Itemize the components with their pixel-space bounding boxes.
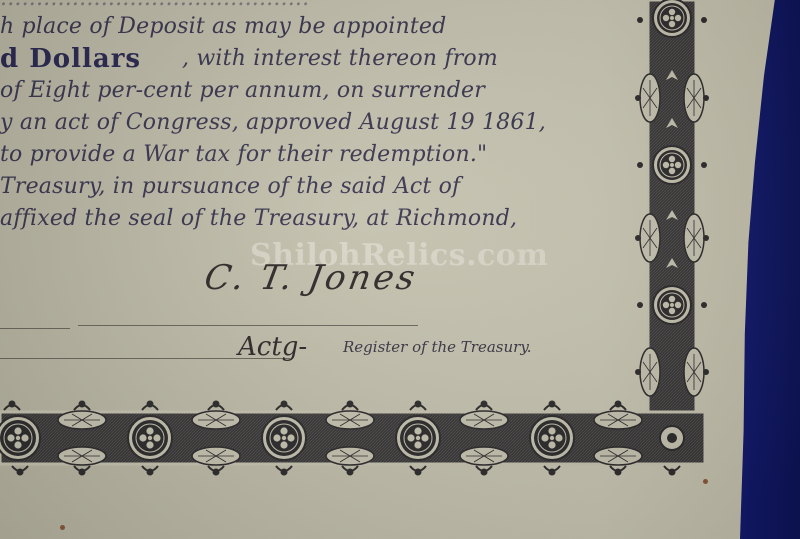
ornamental-border-vertical [634,0,710,440]
document-photo: ........................................… [0,0,800,539]
ornamental-border-horizontal [0,398,710,478]
text-line-deposit: h place of Deposit as may be appointed [0,14,446,39]
text-line-war-tax: to provide a War tax for their redemptio… [0,142,487,167]
text-line-partial-top: ........................................… [0,0,309,11]
acting-initials: Actg- [238,332,307,362]
blue-cloth-background [740,0,800,539]
text-dollars: d Dollars [0,44,141,74]
foxing-spot [60,525,65,530]
text-line-act-of-congress: y an act of Congress, approved August 19… [0,110,546,135]
register-title: Register of the Treasury. [343,338,532,356]
signature-line [78,325,418,326]
foxing-spot [703,479,708,484]
signature: C. T. Jones [201,258,420,298]
text-line-eight-percent: of Eight per-cent per annum, on surrende… [0,78,485,103]
text-line-treasury-pursuance: Treasury, in pursuance of the said Act o… [0,174,460,199]
signature-line-left [0,328,70,329]
text-line-seal-richmond: affixed the seal of the Treasury, at Ric… [0,206,517,231]
text-line-interest: , with interest thereon from [182,46,498,71]
